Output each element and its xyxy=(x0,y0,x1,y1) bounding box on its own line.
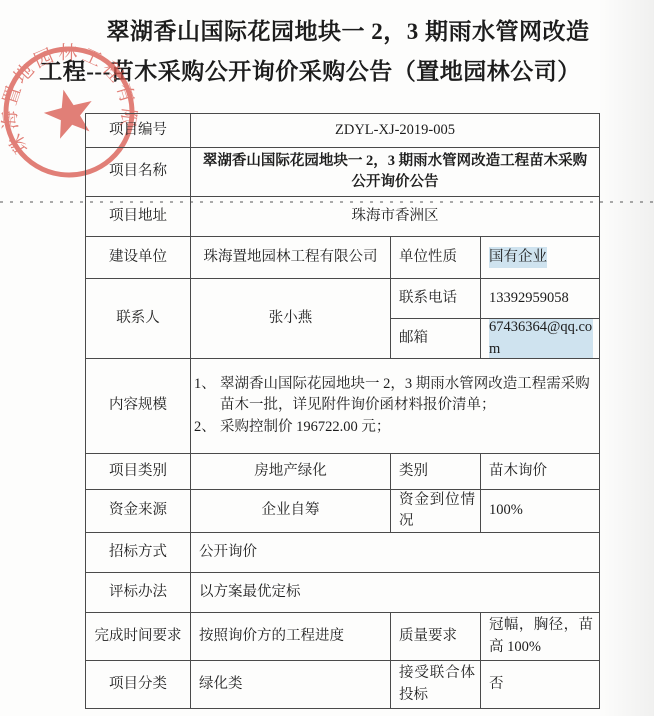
classification-label: 项目分类 xyxy=(86,661,191,709)
deadline-value: 按照询价方的工程进度 xyxy=(191,613,391,661)
builder-value: 珠海置地园林工程有限公司 xyxy=(191,237,391,279)
project-address-value: 珠海市香洲区 xyxy=(191,197,600,237)
contact-email-value: 67436364@qq.com xyxy=(481,319,600,359)
consortium-value: 否 xyxy=(481,661,600,709)
eval-method-value: 以方案最优定标 xyxy=(191,573,600,613)
funding-value: 企业自筹 xyxy=(191,490,391,533)
contact-phone-value: 13392959058 xyxy=(481,279,600,319)
builder-label: 建设单位 xyxy=(86,237,191,279)
consortium-label: 接受联合体投标 xyxy=(391,661,481,709)
announcement-table: 项目编号 ZDYL-XJ-2019-005 项目名称 翠湖香山国际花园地块一 2… xyxy=(85,113,600,709)
scope-item-2: 2、 采购控制价 196722.00 元； xyxy=(194,417,596,438)
contact-phone-label: 联系电话 xyxy=(391,279,481,319)
contact-email-label: 邮箱 xyxy=(391,319,481,359)
scope-value: 1、 翠湖香山国际花园地块一 2，3 期雨水管网改造工程需采购苗木一批，详见附件… xyxy=(191,359,600,454)
contact-email-highlight: 67436364@qq.com xyxy=(489,319,593,359)
contact-label: 联系人 xyxy=(86,279,191,359)
consortium-label-text: 接受联合体投标 xyxy=(399,663,475,705)
unit-nature-label: 单位性质 xyxy=(391,237,481,279)
project-no-label: 项目编号 xyxy=(86,114,191,148)
contact-name-value: 张小燕 xyxy=(191,279,391,359)
scanned-announcement-page: 翠湖香山国际花园地块一 2，3 期雨水管网改造 工程---苗木采购公开询价采购公… xyxy=(0,0,654,716)
unit-nature-highlight: 国有企业 xyxy=(489,247,547,268)
type-value: 苗木询价 xyxy=(481,454,600,490)
project-name-label: 项目名称 xyxy=(86,148,191,197)
scope-item-1-marker: 1、 xyxy=(194,374,220,416)
title-line-1: 翠湖香山国际花园地块一 2，3 期雨水管网改造 xyxy=(42,12,654,52)
quality-value: 冠幅，胸径，苗高 100% xyxy=(481,613,600,661)
project-no-value: ZDYL-XJ-2019-005 xyxy=(191,114,600,148)
classification-value: 绿化类 xyxy=(191,661,391,709)
scope-label: 内容规模 xyxy=(86,359,191,454)
scope-item-1-text: 翠湖香山国际花园地块一 2，3 期雨水管网改造工程需采购苗木一批，详见附件询价函… xyxy=(220,374,596,416)
quality-value-text: 冠幅，胸径，苗高 100% xyxy=(489,615,593,657)
category-label: 项目类别 xyxy=(86,454,191,490)
deadline-label: 完成时间要求 xyxy=(86,613,191,661)
unit-nature-value: 国有企业 xyxy=(481,237,600,279)
eval-method-label: 评标办法 xyxy=(86,573,191,613)
type-label: 类别 xyxy=(391,454,481,490)
project-address-label: 项目地址 xyxy=(86,197,191,237)
scope-item-1: 1、 翠湖香山国际花园地块一 2，3 期雨水管网改造工程需采购苗木一批，详见附件… xyxy=(194,374,596,416)
quality-label: 质量要求 xyxy=(391,613,481,661)
scope-item-2-marker: 2、 xyxy=(194,417,220,438)
project-name-value: 翠湖香山国际花园地块一 2，3 期雨水管网改造工程苗木采购公开询价公告 xyxy=(191,148,600,197)
category-value: 房地产绿化 xyxy=(191,454,391,490)
funds-in-place-label-text: 资金到位情况 xyxy=(399,490,475,532)
scope-item-2-text: 采购控制价 196722.00 元； xyxy=(220,417,596,438)
funding-label: 资金来源 xyxy=(86,490,191,533)
funds-in-place-value: 100% xyxy=(481,490,600,533)
bid-method-value: 公开询价 xyxy=(191,533,600,573)
funds-in-place-label: 资金到位情况 xyxy=(391,490,481,533)
bid-method-label: 招标方式 xyxy=(86,533,191,573)
